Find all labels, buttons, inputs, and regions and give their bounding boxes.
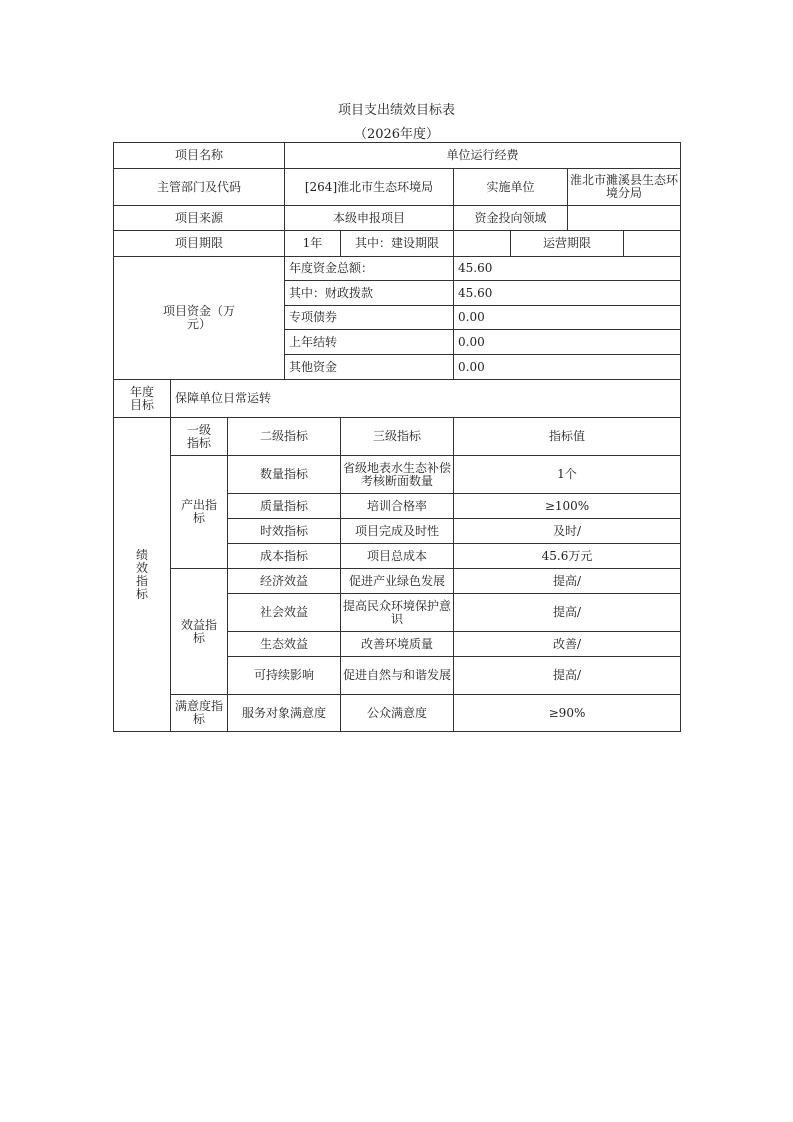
indicator-level3: 培训合格率 [340, 493, 454, 519]
build-period-label: 其中：建设期限 [340, 230, 454, 257]
indicator-value: 45.6万元 [453, 543, 681, 569]
indicator-level1-benefit: 效益指标 [170, 568, 228, 695]
indicator-value: ≥100% [453, 493, 681, 519]
indicator-value: 提高/ [453, 656, 681, 695]
fund-direction-label: 资金投向领域 [453, 205, 568, 231]
indicator-level3: 项目完成及时性 [340, 518, 454, 544]
operate-period-value [623, 230, 681, 257]
source-value: 本级申报项目 [284, 205, 454, 231]
annual-goal-label: 年度目标 [113, 379, 171, 418]
indicator-header-level2: 二级指标 [227, 417, 341, 456]
funds-row-value: 0.00 [453, 305, 681, 330]
funds-row-value: 0.00 [453, 329, 681, 355]
funds-row-label: 专项债券 [284, 305, 454, 330]
indicator-level3: 促进产业绿色发展 [340, 568, 454, 594]
indicator-level1-output: 产出指标 [170, 455, 228, 569]
indicator-value: 改善/ [453, 631, 681, 657]
indicator-header-value: 指标值 [453, 417, 681, 456]
indicator-level2: 社会效益 [227, 593, 341, 632]
indicator-level3: 改善环境质量 [340, 631, 454, 657]
build-period-value [453, 230, 511, 257]
dept-value: [264]淮北市生态环境局 [284, 168, 454, 206]
indicator-level3: 项目总成本 [340, 543, 454, 569]
period-label: 项目期限 [113, 230, 285, 257]
indicator-level3: 促进自然与和谐发展 [340, 656, 454, 695]
document-subtitle: （2026年度） [0, 123, 793, 142]
funds-row-label: 年度资金总额： [284, 256, 454, 281]
funds-row-label: 其他资金 [284, 354, 454, 380]
funds-row-value: 0.00 [453, 354, 681, 380]
indicator-level3: 省级地表水生态补偿考核断面数量 [340, 455, 454, 494]
funds-row-value: 45.60 [453, 280, 681, 306]
indicator-level3: 提高民众环境保护意识 [340, 593, 454, 632]
indicator-level2: 可持续影响 [227, 656, 341, 695]
indicator-value: 及时/ [453, 518, 681, 544]
operate-period-label: 运营期限 [510, 230, 624, 257]
indicators-section-label: 绩效指标 [113, 417, 171, 732]
indicator-level2: 经济效益 [227, 568, 341, 594]
indicator-level2: 成本指标 [227, 543, 341, 569]
funds-label: 项目资金（万元） [113, 256, 285, 380]
indicator-value: ≥90% [453, 694, 681, 732]
indicator-value: 提高/ [453, 568, 681, 594]
indicator-level1-satisfaction: 满意度指标 [170, 694, 228, 732]
dept-label: 主管部门及代码 [113, 168, 285, 206]
impl-unit-label: 实施单位 [453, 168, 568, 206]
annual-goal-value: 保障单位日常运转 [170, 379, 681, 418]
fund-direction-value [567, 205, 681, 231]
indicator-header-level3: 三级指标 [340, 417, 454, 456]
funds-row-label: 上年结转 [284, 329, 454, 355]
impl-unit-value: 淮北市濉溪县生态环境分局 [567, 168, 681, 206]
indicator-header-level1: 一级指标 [170, 417, 228, 456]
project-name-label: 项目名称 [113, 142, 285, 169]
indicator-level2: 数量指标 [227, 455, 341, 494]
indicator-level3: 公众满意度 [340, 694, 454, 732]
period-value: 1年 [284, 230, 341, 257]
indicator-value: 1个 [453, 455, 681, 494]
document-title: 项目支出绩效目标表 [0, 99, 793, 118]
project-name-value: 单位运行经费 [284, 142, 681, 169]
source-label: 项目来源 [113, 205, 285, 231]
indicator-level2: 时效指标 [227, 518, 341, 544]
indicator-level2: 质量指标 [227, 493, 341, 519]
indicator-level2: 服务对象满意度 [227, 694, 341, 732]
funds-row-value: 45.60 [453, 256, 681, 281]
funds-row-label: 其中：财政拨款 [284, 280, 454, 306]
indicator-value: 提高/ [453, 593, 681, 632]
indicator-level2: 生态效益 [227, 631, 341, 657]
